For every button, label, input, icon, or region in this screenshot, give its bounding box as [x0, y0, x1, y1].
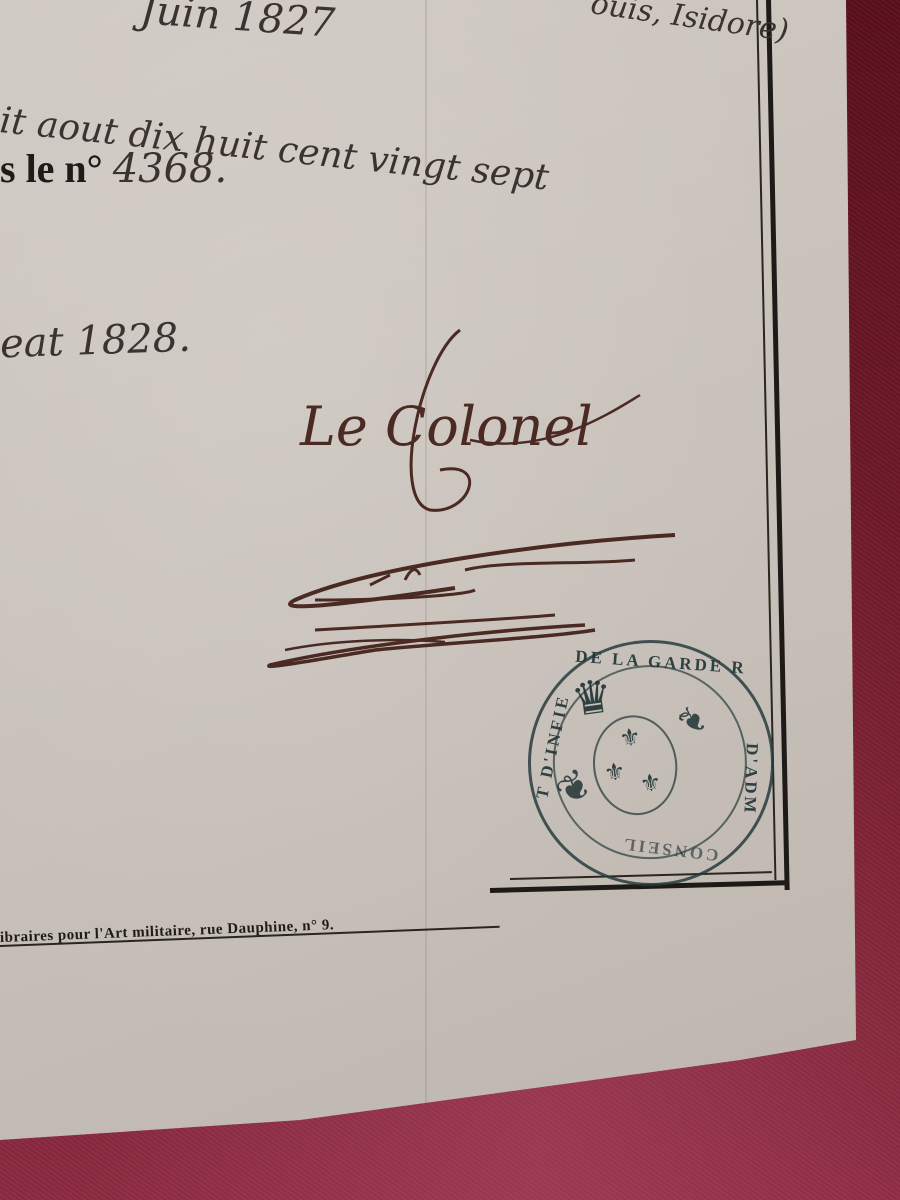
- registration-number: 4368.: [113, 146, 228, 192]
- handwritten-name-fragment: ouis, Isidore): [589, 0, 791, 49]
- crown-icon: ♛: [568, 668, 616, 727]
- printed-number-label: s le n° 4368.: [0, 145, 227, 192]
- document-paper: Juin 1827 ouis, Isidore) it aout dix hui…: [0, 0, 900, 1200]
- seal-text-right: D'ADM: [739, 743, 762, 816]
- fleur-de-lis-icon: ⚜: [638, 768, 663, 800]
- fleur-de-lis-icon: ⚜: [617, 722, 642, 754]
- printed-prefix: s le n°: [0, 146, 103, 191]
- fleur-de-lis-icon: ⚜: [602, 757, 627, 789]
- colonel-title-flourish: [260, 340, 660, 540]
- handwritten-date-1828: eat 1828.: [0, 315, 192, 368]
- handwritten-date-1827: Juin 1827: [139, 0, 337, 47]
- printer-imprint: ibraires pour l'Art militaire, rue Dauph…: [0, 917, 334, 947]
